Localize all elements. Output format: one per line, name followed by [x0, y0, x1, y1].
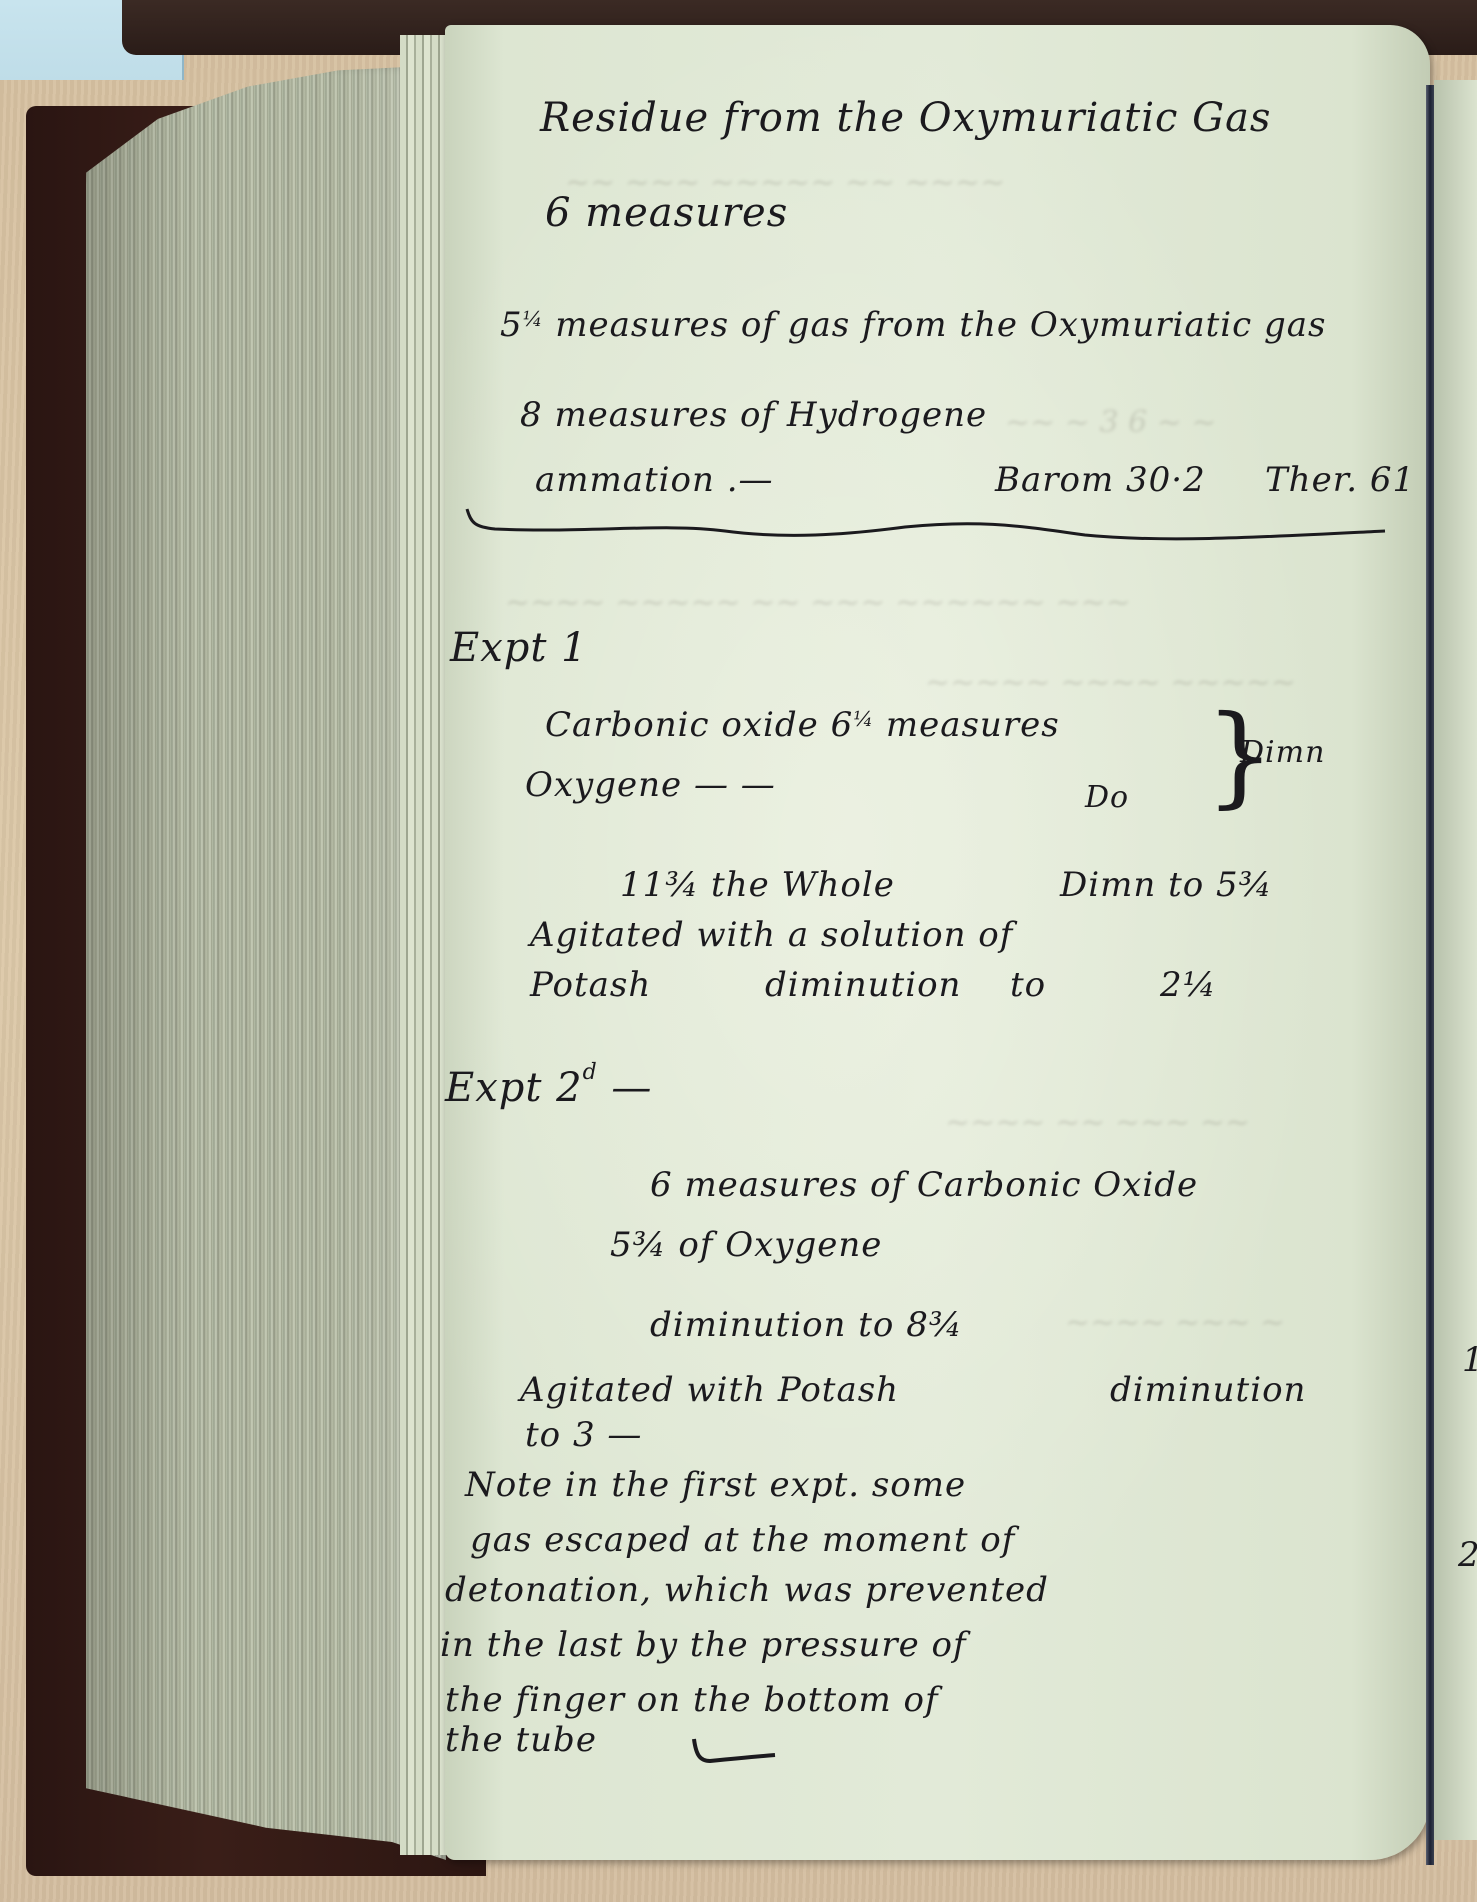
experiment-2-line-4a: Agitated with Potash [520, 1370, 899, 1410]
note-line: the finger on the bottom of [445, 1680, 939, 1720]
experiment-1-line-4: Agitated with a solution of [530, 915, 1013, 955]
wavy-divider-rule [465, 505, 1395, 555]
substance: Carbonic oxide [545, 705, 819, 745]
experiment-1-line-5a: Potash [530, 965, 651, 1005]
preamble-line-3-left: ammation .— [535, 460, 774, 500]
experiment-1-line-5d: 2¼ [1160, 965, 1217, 1005]
bleed-through: ~~~~ ~~ ~~~ ~~ [945, 1105, 1250, 1140]
experiment-1-heading: Expt 1 [450, 625, 588, 671]
experiment-2-line-3: diminution to 8¾ [650, 1305, 963, 1345]
closing-flourish [690, 1735, 790, 1775]
note-line: Note in the first expt. some [465, 1465, 966, 1505]
next-page-edge [1434, 80, 1477, 1840]
experiment-2-heading: Expt 2d — [445, 1060, 652, 1111]
fraction: ¼ [853, 707, 874, 731]
brace-label: Dimn [1240, 735, 1325, 770]
experiment-1-line-3a: 11¾ the Whole [620, 865, 895, 905]
experiment-1-line-5b: diminution [765, 965, 961, 1005]
heading-label: Expt [445, 1065, 542, 1111]
next-page-fragment: 2 [1458, 1535, 1477, 1575]
unit: measures [886, 705, 1060, 745]
heading-dash: — [611, 1065, 652, 1111]
next-page-fragment: 1 [1462, 1340, 1477, 1380]
note-line: gas escaped at the moment of [470, 1520, 1015, 1560]
bleed-through: ~~~~ ~~~~~ ~~ ~~~ ~~~~~~ ~~~ [505, 585, 1131, 620]
page-title: Residue from the Oxymuriatic Gas [540, 95, 1271, 141]
experiment-1-row-1: Carbonic oxide 6¼ measures [545, 705, 1060, 745]
book-gutter [1426, 85, 1434, 1865]
bleed-through: ~~~~ ~~~ ~ [1065, 1305, 1285, 1340]
heading-number: 1 [561, 625, 587, 671]
heading-suffix: d [583, 1060, 598, 1085]
quantity: 5 [500, 305, 523, 345]
experiment-2-line-4b: diminution [1110, 1370, 1306, 1410]
preamble-line-2: 8 measures of Hydrogene [520, 395, 987, 435]
experiment-1-line-3b: Dimn to 5¾ [1060, 865, 1273, 905]
heading-label: Expt [450, 625, 547, 671]
thin-leaves [400, 35, 450, 1855]
page-subtitle: 6 measures [545, 190, 788, 236]
note-line: the tube [445, 1720, 597, 1760]
experiment-1-line-5c: to [1010, 965, 1046, 1005]
note-line: in the last by the pressure of [440, 1625, 967, 1665]
experiment-2-line-1: 6 measures of Carbonic Oxide [650, 1165, 1198, 1205]
note-line: detonation, which was prevented [445, 1570, 1049, 1610]
heading-number: 2 [556, 1065, 582, 1111]
barometer-reading: Barom 30·2 [995, 460, 1206, 500]
text: measures of gas from the Oxymuriatic gas [555, 305, 1326, 345]
preamble-line-1: 5¼ measures of gas from the Oxymuriatic … [500, 305, 1326, 345]
page-edges-stack [86, 65, 446, 1860]
experiment-2-line-2: 5¾ of Oxygene [610, 1225, 882, 1265]
fraction: ¼ [523, 307, 544, 331]
experiment-2-line-5: to 3 — [525, 1415, 642, 1455]
thermometer-reading: Ther. 61 [1265, 460, 1415, 500]
bleed-through: ~~ ~ 3 6 ~ ~ [1005, 405, 1217, 440]
ditto-mark: Do [1085, 780, 1129, 815]
quantity: 6 [831, 705, 854, 745]
experiment-1-row-2: Oxygene — — [525, 765, 776, 805]
